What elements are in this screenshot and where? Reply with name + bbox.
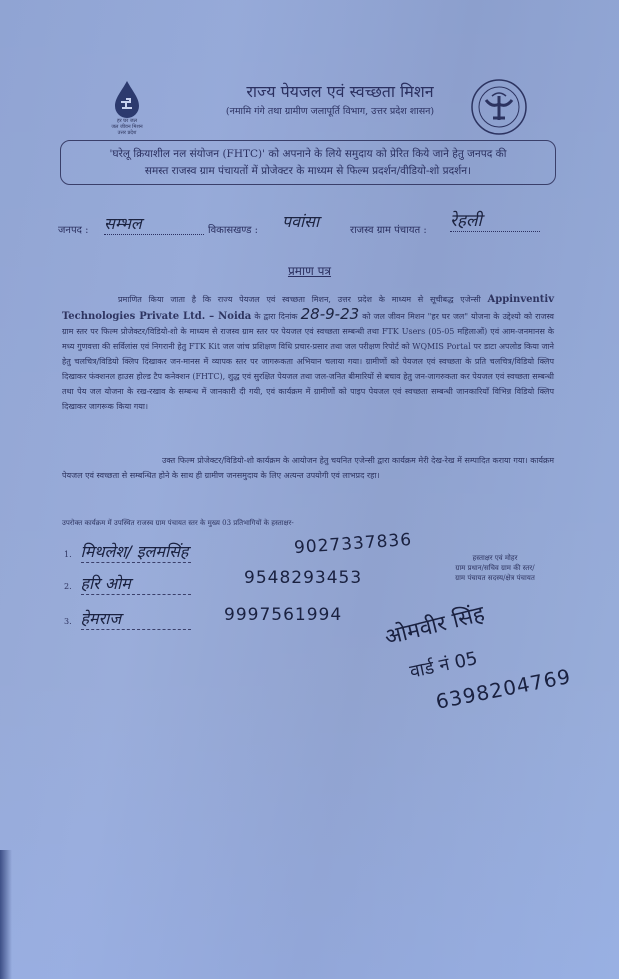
participant-number: 2. — [64, 582, 78, 591]
organization-title: राज्य पेयजल एवं स्वच्छता मिशन — [190, 80, 490, 102]
page-edge-shadow — [0, 850, 12, 979]
janpad-value: सम्भल — [104, 212, 204, 235]
certificate-title: प्रमाण पत्र — [0, 262, 619, 279]
certificate-paragraph-1: प्रमाणित किया जाता है कि राज्य पेयजल एवं… — [62, 292, 554, 414]
banner-line-1: 'घरेलू क्रियाशील नल संयोजन (FHTC)' को अप… — [61, 146, 555, 163]
stamp-label-line-1: हस्ताक्षर एवं मोहर — [420, 553, 570, 563]
para1-body: को जल जीवन मिशन "हर घर जल" योजना के उद्द… — [62, 312, 554, 411]
participant-row-3: 3. हेमराज 9997561994 — [64, 607, 191, 630]
participant-phone: 9027337836 — [293, 530, 412, 558]
para1-date-label: के द्वारा दिनांक — [254, 312, 297, 321]
vikaskhand-value: पवांसा — [282, 210, 319, 232]
participant-row-1: 1. मिथलेश/ इलमसिंह 9027337836 — [64, 540, 191, 563]
certificate-paragraph-2: उक्त फिल्म प्रोजेक्टर/विडियो-शो कार्यक्र… — [62, 453, 554, 483]
participant-phone: 9548293453 — [244, 568, 362, 588]
participant-number: 3. — [64, 617, 78, 626]
stamp-label-line-2: ग्राम प्रधान/सचिव ग्राम की स्तर/ — [420, 563, 570, 573]
participant-signature: हेमराज — [81, 607, 191, 630]
stamp-label-line-3: ग्राम पंचायत सदस्य/क्षेत्र पंचायत — [420, 573, 570, 583]
vikaskhand-label: विकासखण्ड : — [208, 222, 258, 236]
program-date: 28-9-23 — [301, 305, 360, 323]
participant-signature: हरि ओम — [81, 572, 191, 595]
participant-signature: मिथलेश/ इलमसिंह — [81, 540, 191, 563]
participant-phone: 9997561994 — [224, 605, 342, 625]
para1-intro: प्रमाणित किया जाता है कि राज्य पेयजल एवं… — [118, 295, 481, 304]
up-state-emblem-icon — [470, 78, 528, 136]
participant-row-2: 2. हरि ओम 9548293453 — [64, 572, 191, 595]
water-drop-icon — [112, 80, 142, 118]
pradhan-signature: ओमवीर सिंह — [381, 598, 487, 652]
participant-number: 1. — [64, 550, 78, 559]
gram-panchayat-label: राजस्व ग्राम पंचायत : — [350, 222, 427, 236]
pradhan-ward: वार्ड नं 05 — [408, 646, 480, 684]
logo-caption-3: उत्तर प्रदेश — [103, 130, 151, 136]
banner-line-2: समस्त राजस्व ग्राम पंचायतों में प्रोजेक्… — [61, 163, 555, 180]
organization-subtitle: (नमामि गंगे तथा ग्रामीण जलापूर्ति विभाग,… — [170, 104, 490, 117]
signatures-intro: उपरोक्त कार्यक्रम में उपस्थित राजस्व ग्र… — [62, 518, 352, 529]
stamp-label: हस्ताक्षर एवं मोहर ग्राम प्रधान/सचिव ग्र… — [420, 553, 570, 583]
program-banner: 'घरेलू क्रियाशील नल संयोजन (FHTC)' को अप… — [60, 140, 556, 185]
janpad-label: जनपद : — [58, 222, 89, 236]
para2-body: उक्त फिल्म प्रोजेक्टर/विडियो-शो कार्यक्र… — [62, 456, 554, 480]
har-ghar-jal-logo: हर घर जल जल जीवन मिशन उत्तर प्रदेश — [103, 80, 151, 136]
gram-panchayat-value: रेहली — [450, 208, 540, 232]
